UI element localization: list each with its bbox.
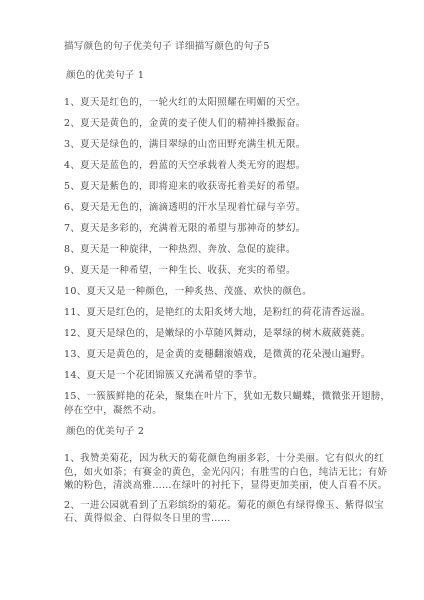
sentence-item-9: 9、夏天是一种希望，一种生长、收获、充实的希望。 — [64, 264, 394, 278]
sentence-item-15: 15、一簇簇鲜艳的花朵，聚集在叶片下，犹如无数只蝴蝶，微微张开翅膀，停在空中，凝… — [64, 390, 394, 417]
sentence-item-6: 6、夏天是无色的，滴滴透明的汗水呈现着忙碌与辛劳。 — [64, 201, 394, 215]
paragraph-item-2: 2、一进公园就看到了五彩缤纷的菊花。菊花的颜色有绿得像玉、紫得似宝石、黄得似金、… — [64, 499, 394, 526]
paragraph-item-1: 1、我赞美菊花，因为秋天的菊花颜色绚丽多彩，十分美丽。它有似火的红色，如火如荼；… — [64, 452, 394, 493]
document-title: 描写颜色的句子优美句子 详细描写颜色的句子5 — [64, 40, 394, 54]
sentence-item-1: 1、夏天是红色的，一轮火红的太阳照耀在明媚的天空。 — [64, 96, 394, 110]
sentence-item-11: 11、夏天是红色的，是艳红的太阳炙烤大地，是粉红的荷花清香远溢。 — [64, 306, 394, 320]
section-1-heading: 颜色的优美句子 1 — [66, 69, 394, 83]
section-2-heading: 颜色的优美句子 2 — [66, 425, 394, 439]
sentence-item-3: 3、夏天是绿色的，满目翠绿的山峦田野充满生机无限。 — [64, 138, 394, 152]
sentence-item-7: 7、夏天是多彩的，充满着无限的希望与那神奇的梦幻。 — [64, 222, 394, 236]
sentence-item-4: 4、夏天是蓝色的，碧蓝的天空承载着人类无穷的遐想。 — [64, 159, 394, 173]
sentence-item-10: 10、夏天又是一种颜色，一种炙热、茂盛、欢快的颜色。 — [64, 285, 394, 299]
sentence-item-12: 12、夏天是绿色的，是嫩绿的小草随风舞动，是翠绿的树木葳葳蕤蕤。 — [64, 327, 394, 341]
document-page: 描写颜色的句子优美句子 详细描写颜色的句子5 颜色的优美句子 1 1、夏天是红色… — [0, 0, 424, 600]
sentence-item-5: 5、夏天是紫色的，即将迎来的收获寄托着美好的希望。 — [64, 180, 394, 194]
sentence-item-2: 2、夏天是黄色的，金黄的麦子使人们的精神抖擞振奋。 — [64, 117, 394, 131]
sentence-item-14: 14、夏天是一个花团锦簇又充满希望的季节。 — [64, 369, 394, 383]
sentence-item-8: 8、夏天是一种旋律，一种热烈、奔放、急促的旋律。 — [64, 243, 394, 257]
sentence-item-13: 13、夏天是黄色的，是金黄的麦穗翻滚嬉戏，是微黄的花朵漫山遍野。 — [64, 348, 394, 362]
